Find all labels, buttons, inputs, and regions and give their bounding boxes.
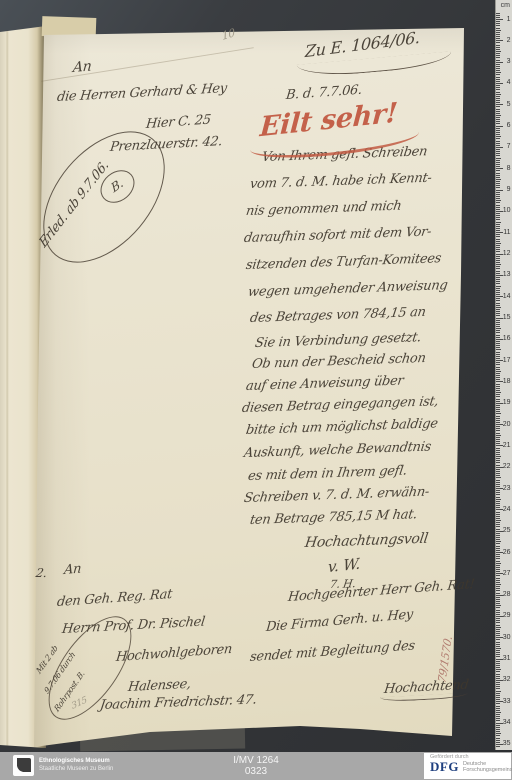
ruler-tick [496,409,500,410]
handwriting-line: vom 7. d. M. habe ich Kennt- [249,171,433,192]
ruler-tick [496,236,500,237]
ruler-tick [496,28,500,29]
ruler-tick [496,322,500,323]
ruler-tick [496,373,500,374]
archive-scan-viewer: 10Zu E. 1064/06.B. d. 7.7.06.Eilt sehr!A… [0,0,512,780]
ruler-tick [496,196,500,197]
ruler-tick [496,205,500,206]
ruler-tick [496,546,500,547]
ruler-tick [496,501,500,502]
ruler-tick [496,25,500,26]
ruler-tick [496,430,500,431]
ruler-tick [496,162,500,163]
ruler-tick [496,153,500,154]
ruler-tick [496,706,500,707]
ruler-number: 29 [500,612,511,619]
ruler-tick [496,665,500,666]
handwriting-line: wegen umgehender Anweisung [247,278,449,300]
ruler-tick [496,217,500,218]
ruler-tick [496,243,501,244]
handwriting-line: Halensee, [127,677,192,695]
ruler-tick [496,369,500,370]
ruler-tick [496,45,500,46]
ruler-tick [496,30,501,31]
handwriting-line: Schreiben v. 7. d. M. erwähn- [243,484,430,506]
ruler-tick [496,558,500,559]
ruler-tick [496,712,501,713]
ruler-tick [496,648,501,649]
ruler-tick [496,691,501,692]
ruler-number: 11 [500,229,511,236]
ruler-number: 26 [500,549,511,556]
ruler-tick [496,155,500,156]
ruler-tick [496,132,500,133]
ruler-number: 19 [500,399,511,406]
ruler-tick [496,134,500,135]
ruler-tick [496,115,501,116]
ruler-tick [496,219,500,220]
ruler-tick [496,605,501,606]
handwriting-line: An [63,561,81,578]
ruler-tick [496,247,500,248]
ruler-tick [496,458,500,459]
ruler-number: 32 [500,676,511,683]
ruler-tick [496,268,500,269]
ruler-tick [496,130,500,131]
ruler-tick [496,49,500,50]
ruler-tick [496,309,500,310]
handwriting-line: daraufhin sofort mit dem Vor- [243,224,432,246]
ruler-tick [496,32,500,33]
ruler-tick [496,66,500,67]
ruler-tick [496,198,500,199]
ruler-number: 22 [500,463,511,470]
ruler-tick [496,87,500,88]
handwriting-line: sitzenden des Turfan-Komitees [245,251,442,273]
ruler-tick [496,565,500,566]
ruler-tick [496,200,501,201]
ruler-tick [496,352,500,353]
ruler-tick [496,439,500,440]
ruler-tick [496,482,500,483]
ruler-tick [496,714,500,715]
ruler-tick [496,215,500,216]
ruler-number: 7 [500,143,511,150]
ruler-number: 24 [500,506,511,513]
ruler-tick [496,388,500,389]
ruler-number: 20 [500,421,511,428]
ruler-tick [496,396,500,397]
ruler-tick [496,535,500,536]
ruler-tick [496,77,500,78]
ruler-tick [496,347,500,348]
ruler-tick [496,55,500,56]
ruler-tick [496,601,500,602]
ruler-tick [496,520,501,521]
ruler-tick [496,72,501,73]
ruler-number: 21 [500,442,511,449]
ruler-number: 4 [500,79,511,86]
ruler-tick [496,710,500,711]
ruler-tick [496,343,500,344]
ruler-tick [496,224,500,225]
ruler-number: 30 [500,634,511,641]
ruler-tick [496,539,500,540]
ruler-tick [496,460,500,461]
ruler-tick [496,669,501,670]
ruler-tick [496,173,500,174]
ruler-number: 9 [500,186,511,193]
ruler-number: 23 [500,485,511,492]
ruler-number: 3 [500,58,511,65]
ruler-tick [496,627,501,628]
ruler-tick [496,735,500,736]
dfg-acronym: DFG [430,760,459,773]
handwriting-line: 79/1570. [436,634,455,684]
ruler-tick [496,584,501,585]
handwriting-line: Hochachtungsvoll [304,531,429,551]
handwriting-line: auf eine Anweisung über [245,373,404,394]
handwriting-line: den Geh. Reg. Rat [56,587,173,610]
ruler-tick [496,667,500,668]
handwriting-line: v. W. [327,555,360,577]
ruler-tick [496,177,500,178]
ruler-tick [496,588,500,589]
ruler-tick [496,729,500,730]
ruler-tick [496,563,501,564]
ruler-tick [496,349,501,350]
ruler-tick [496,23,500,24]
ruler-tick [496,53,500,54]
ruler-tick [496,109,500,110]
ruler-tick [496,625,500,626]
ruler-tick [496,394,500,395]
ruler-tick [496,693,500,694]
ruler-tick [496,281,500,282]
handwriting-line: es mit dem in Ihrem gefl. [247,463,408,484]
ruler-tick [496,494,500,495]
ruler-tick [496,158,501,159]
ruler-tick [496,428,500,429]
ruler-tick [496,580,500,581]
ruler-number: 34 [500,719,511,726]
ruler-tick [496,731,500,732]
ruler-tick [496,541,501,542]
ruler-number: 15 [500,314,511,321]
ruler-number: 35 [500,740,511,747]
ruler-tick [496,433,500,434]
ruler-tick [496,326,500,327]
ruler-tick [496,51,501,52]
ruler-tick [496,450,500,451]
ruler-tick [496,286,501,287]
ruler-tick [496,258,500,259]
ruler-tick [496,89,500,90]
ruler-tick [496,492,500,493]
ruler-tick [496,283,500,284]
handwriting-line: B. d. 7.7.06. [285,83,362,103]
handwriting-line: Hier C. 25 [145,112,211,132]
ruler-tick [496,324,500,325]
ruler-tick [496,264,501,265]
handwriting-line: Sie in Verbindung gesetzt. [254,330,422,351]
ruler-tick [496,386,500,387]
ruler-number: 10 [500,207,511,214]
ruler-tick [496,686,500,687]
ruler-tick [496,642,500,643]
handwriting-line: sendet mit Begleitung des [249,638,415,665]
ruler-tick [496,113,500,114]
ruler: cm 1234567891011121314151617181920212223… [495,0,512,750]
ruler-tick [496,371,501,372]
ruler-tick [496,367,500,368]
ruler-tick [496,497,500,498]
ruler-tick [496,117,500,118]
ruler-number: 31 [500,655,511,662]
ruler-tick [496,503,500,504]
ruler-tick [496,543,500,544]
dfg-full-name: Deutsche Forschungsgemeinschaft [463,761,512,773]
ruler-tick [496,305,500,306]
ruler-tick [496,119,500,120]
ruler-tick [496,241,500,242]
ruler-tick [496,307,501,308]
ruler-tick [496,345,500,346]
ruler-tick [496,622,500,623]
ruler-tick [496,136,501,137]
ruler-tick [496,151,500,152]
ruler-tick [496,516,500,517]
ruler-tick [496,607,500,608]
ruler-tick [496,411,500,412]
ruler-tick [496,138,500,139]
ruler-tick [496,96,500,97]
handwriting-line: 2. [35,566,48,580]
ruler-number: 6 [500,122,511,129]
ruler-tick [496,561,500,562]
ruler-tick [496,456,501,457]
ruler-tick [496,202,500,203]
ruler-number: 2 [500,37,511,44]
ruler-number: 27 [500,570,511,577]
ruler-tick [496,644,500,645]
ruler-tick [496,738,500,739]
ruler-tick [496,514,500,515]
ruler-tick [496,13,500,14]
ruler-tick [496,179,501,180]
ruler-tick [496,733,501,734]
ruler-tick [496,437,500,438]
ruler-number: 28 [500,591,511,598]
ruler-tick [496,727,500,728]
handwriting-line: bitte ich um möglichst baldige [245,416,439,438]
ruler-tick [496,435,501,436]
ruler-tick [496,70,500,71]
ruler-tick [496,239,500,240]
ruler-tick [496,716,500,717]
ruler-tick [496,671,500,672]
ruler-tick [496,68,500,69]
ruler-tick [496,603,500,604]
ruler-tick [496,175,500,176]
ruler-tick [496,183,500,184]
handwriting-line: Die Firma Gerh. u. Hey [265,607,413,635]
ruler-tick [496,290,500,291]
ruler-tick [496,499,501,500]
ruler-tick [496,330,500,331]
ruler-tick [496,524,500,525]
ruler-tick [496,582,500,583]
ruler-unit-label: cm [501,2,510,9]
handwriting-line: Auskunft, welche Bewandtnis [243,439,432,461]
ruler-number: 16 [500,335,511,342]
ruler-number: 1 [500,16,511,23]
ruler-tick [496,111,500,112]
ruler-number: 17 [500,357,511,364]
ruler-tick [496,226,500,227]
ruler-number: 14 [500,293,511,300]
ruler-tick [496,586,500,587]
ruler-tick [496,631,500,632]
ruler-number: 12 [500,250,511,257]
ruler-tick [496,74,500,75]
handwriting-line: Hochgeehrter Herr Geh. Rat! [287,577,475,605]
ruler-number: 8 [500,165,511,172]
ruler-tick [496,480,500,481]
ruler-tick [496,332,500,333]
ruler-tick [496,663,500,664]
ruler-number: 13 [500,271,511,278]
ruler-tick [496,354,500,355]
ruler-tick [496,92,500,93]
ruler-tick [496,300,500,301]
ruler-tick [496,567,500,568]
handwriting-line: Ob nun der Bescheid schon [251,351,427,372]
ruler-number: 25 [500,527,511,534]
ruler-tick [496,279,500,280]
ruler-tick [496,646,500,647]
ruler-tick [496,537,500,538]
handwriting-line: des Betrages von 784,15 an [249,305,427,326]
dfg-logo: Gefördert durch DFG Deutsche Forschungsg… [424,753,511,779]
ruler-tick [496,375,500,376]
ruler-tick [496,392,501,393]
ruler-tick [496,556,500,557]
ruler-tick [496,578,500,579]
ruler-tick [496,629,500,630]
handwriting-line: nis genommen und mich [245,199,402,220]
ruler-tick [496,311,500,312]
ruler-tick [496,684,500,685]
ruler-tick [496,599,500,600]
ruler-tick [496,454,500,455]
ruler-tick [496,518,500,519]
ruler-tick [496,688,500,689]
ruler-tick [496,418,500,419]
ruler-tick [496,407,500,408]
ruler-tick [496,328,501,329]
ruler-tick [496,262,500,263]
ruler-tick [496,610,500,611]
ruler-tick [496,695,500,696]
handwriting-line: die Herren Gerhard & Hey [56,81,228,105]
ruler-tick [496,475,500,476]
ruler-tick [496,473,500,474]
handwriting-line: ten Betrage 785,15 M hat. [249,507,418,528]
ruler-number: 33 [500,698,511,705]
ruler-tick [496,452,500,453]
ruler-tick [496,650,500,651]
ruler-tick [496,620,500,621]
ruler-tick [496,413,501,414]
ruler-tick [496,194,500,195]
ruler-tick [496,416,500,417]
ruler-tick [496,222,501,223]
ruler-tick [496,34,500,35]
ruler-tick [496,160,500,161]
ruler-tick [496,303,500,304]
handwriting-line: diesen Betrag eingegangen ist, [241,394,439,416]
ruler-tick [496,260,500,261]
ruler-tick [496,390,500,391]
handwriting-line: Joachim Friedrichstr. 47. [99,692,258,713]
ruler-tick [496,47,500,48]
handwriting-layer: 10Zu E. 1064/06.B. d. 7.7.06.Eilt sehr!A… [0,0,512,780]
handwriting-line: 10 [221,26,236,43]
ruler-tick [496,245,500,246]
ruler-tick [496,288,500,289]
ruler-tick [496,98,500,99]
ruler-tick [496,674,500,675]
ruler-tick [496,522,500,523]
ruler-number: 5 [500,101,511,108]
ruler-tick [496,477,501,478]
ruler-tick [496,708,500,709]
ruler-tick [496,266,500,267]
ruler-tick [496,652,500,653]
ruler-tick [496,364,500,365]
handwriting-line: Hochwohlgeboren [115,642,233,665]
ruler-tick [496,141,500,142]
ruler-tick [496,181,500,182]
ruler-tick [496,471,500,472]
ruler-number: 18 [500,378,511,385]
ruler-tick [496,94,501,95]
